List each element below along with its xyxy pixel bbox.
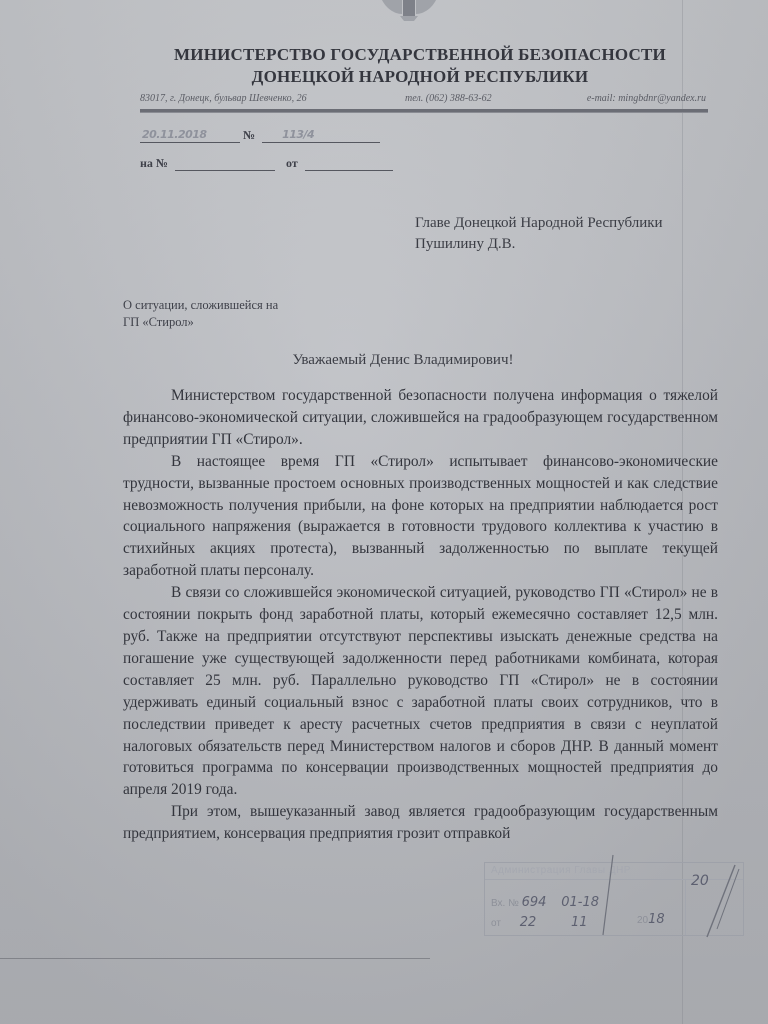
number-label: №: [243, 128, 255, 142]
letter-body: Министерством государственной безопаснос…: [123, 385, 718, 845]
outgoing-number-field: 113/4: [262, 128, 380, 143]
reply-to-number-field: [175, 156, 275, 171]
outgoing-registration: 20.11.2018 № 113/4: [140, 128, 380, 143]
subject-line2: ГП «Стирол»: [123, 314, 278, 331]
reply-from-date-field: [305, 156, 393, 171]
reply-from-label: от: [286, 156, 298, 170]
reply-to-label: на №: [140, 156, 168, 170]
subject-block: О ситуации, сложившейся на ГП «Стирол»: [123, 297, 278, 331]
header-divider: [140, 109, 708, 113]
ministry-name-line2: ДОНЕЦКОЙ НАРОДНОЙ РЕСПУБЛИКИ: [150, 66, 690, 88]
page-edge-line: [0, 958, 430, 959]
ministry-name-line1: МИНИСТЕРСТВО ГОСУДАРСТВЕННОЙ БЕЗОПАСНОСТ…: [150, 44, 690, 66]
postal-address: 83017, г. Донецк, бульвар Шевченко, 26: [140, 93, 307, 104]
addressee-block: Главе Донецкой Народной Республики Пушил…: [415, 213, 663, 255]
body-paragraph: При этом, вышеуказанный завод является г…: [123, 801, 718, 845]
email-address: e-mail: mingbdnr@yandex.ru: [587, 93, 706, 104]
body-paragraph: В настоящее время ГП «Стирол» испытывает…: [123, 451, 718, 582]
coat-of-arms-icon: [378, 0, 440, 22]
body-paragraph: В связи со сложившейся экономической сит…: [123, 582, 718, 801]
incoming-registration-stamp: Администрация Главы ДНР Вх. № 694 01-18 …: [484, 862, 744, 936]
salutation: Уважаемый Денис Владимирович!: [0, 352, 768, 369]
subject-line1: О ситуации, сложившейся на: [123, 297, 278, 314]
signature-strokes-icon: [485, 849, 743, 939]
outgoing-date-handwritten: 20.11.2018: [142, 128, 207, 141]
outgoing-date-field: 20.11.2018: [140, 128, 240, 143]
body-paragraph: Министерством государственной безопаснос…: [123, 385, 718, 451]
reply-registration: на № от: [140, 156, 393, 171]
ministry-name: МИНИСТЕРСТВО ГОСУДАРСТВЕННОЙ БЕЗОПАСНОСТ…: [150, 44, 690, 88]
addressee-title: Главе Донецкой Народной Республики: [415, 213, 663, 234]
contact-line: 83017, г. Донецк, бульвар Шевченко, 26 т…: [140, 93, 706, 107]
addressee-name: Пушилину Д.В.: [415, 234, 663, 255]
outgoing-number-handwritten: 113/4: [282, 128, 314, 141]
phone-number: тел. (062) 388-63-62: [405, 93, 492, 104]
